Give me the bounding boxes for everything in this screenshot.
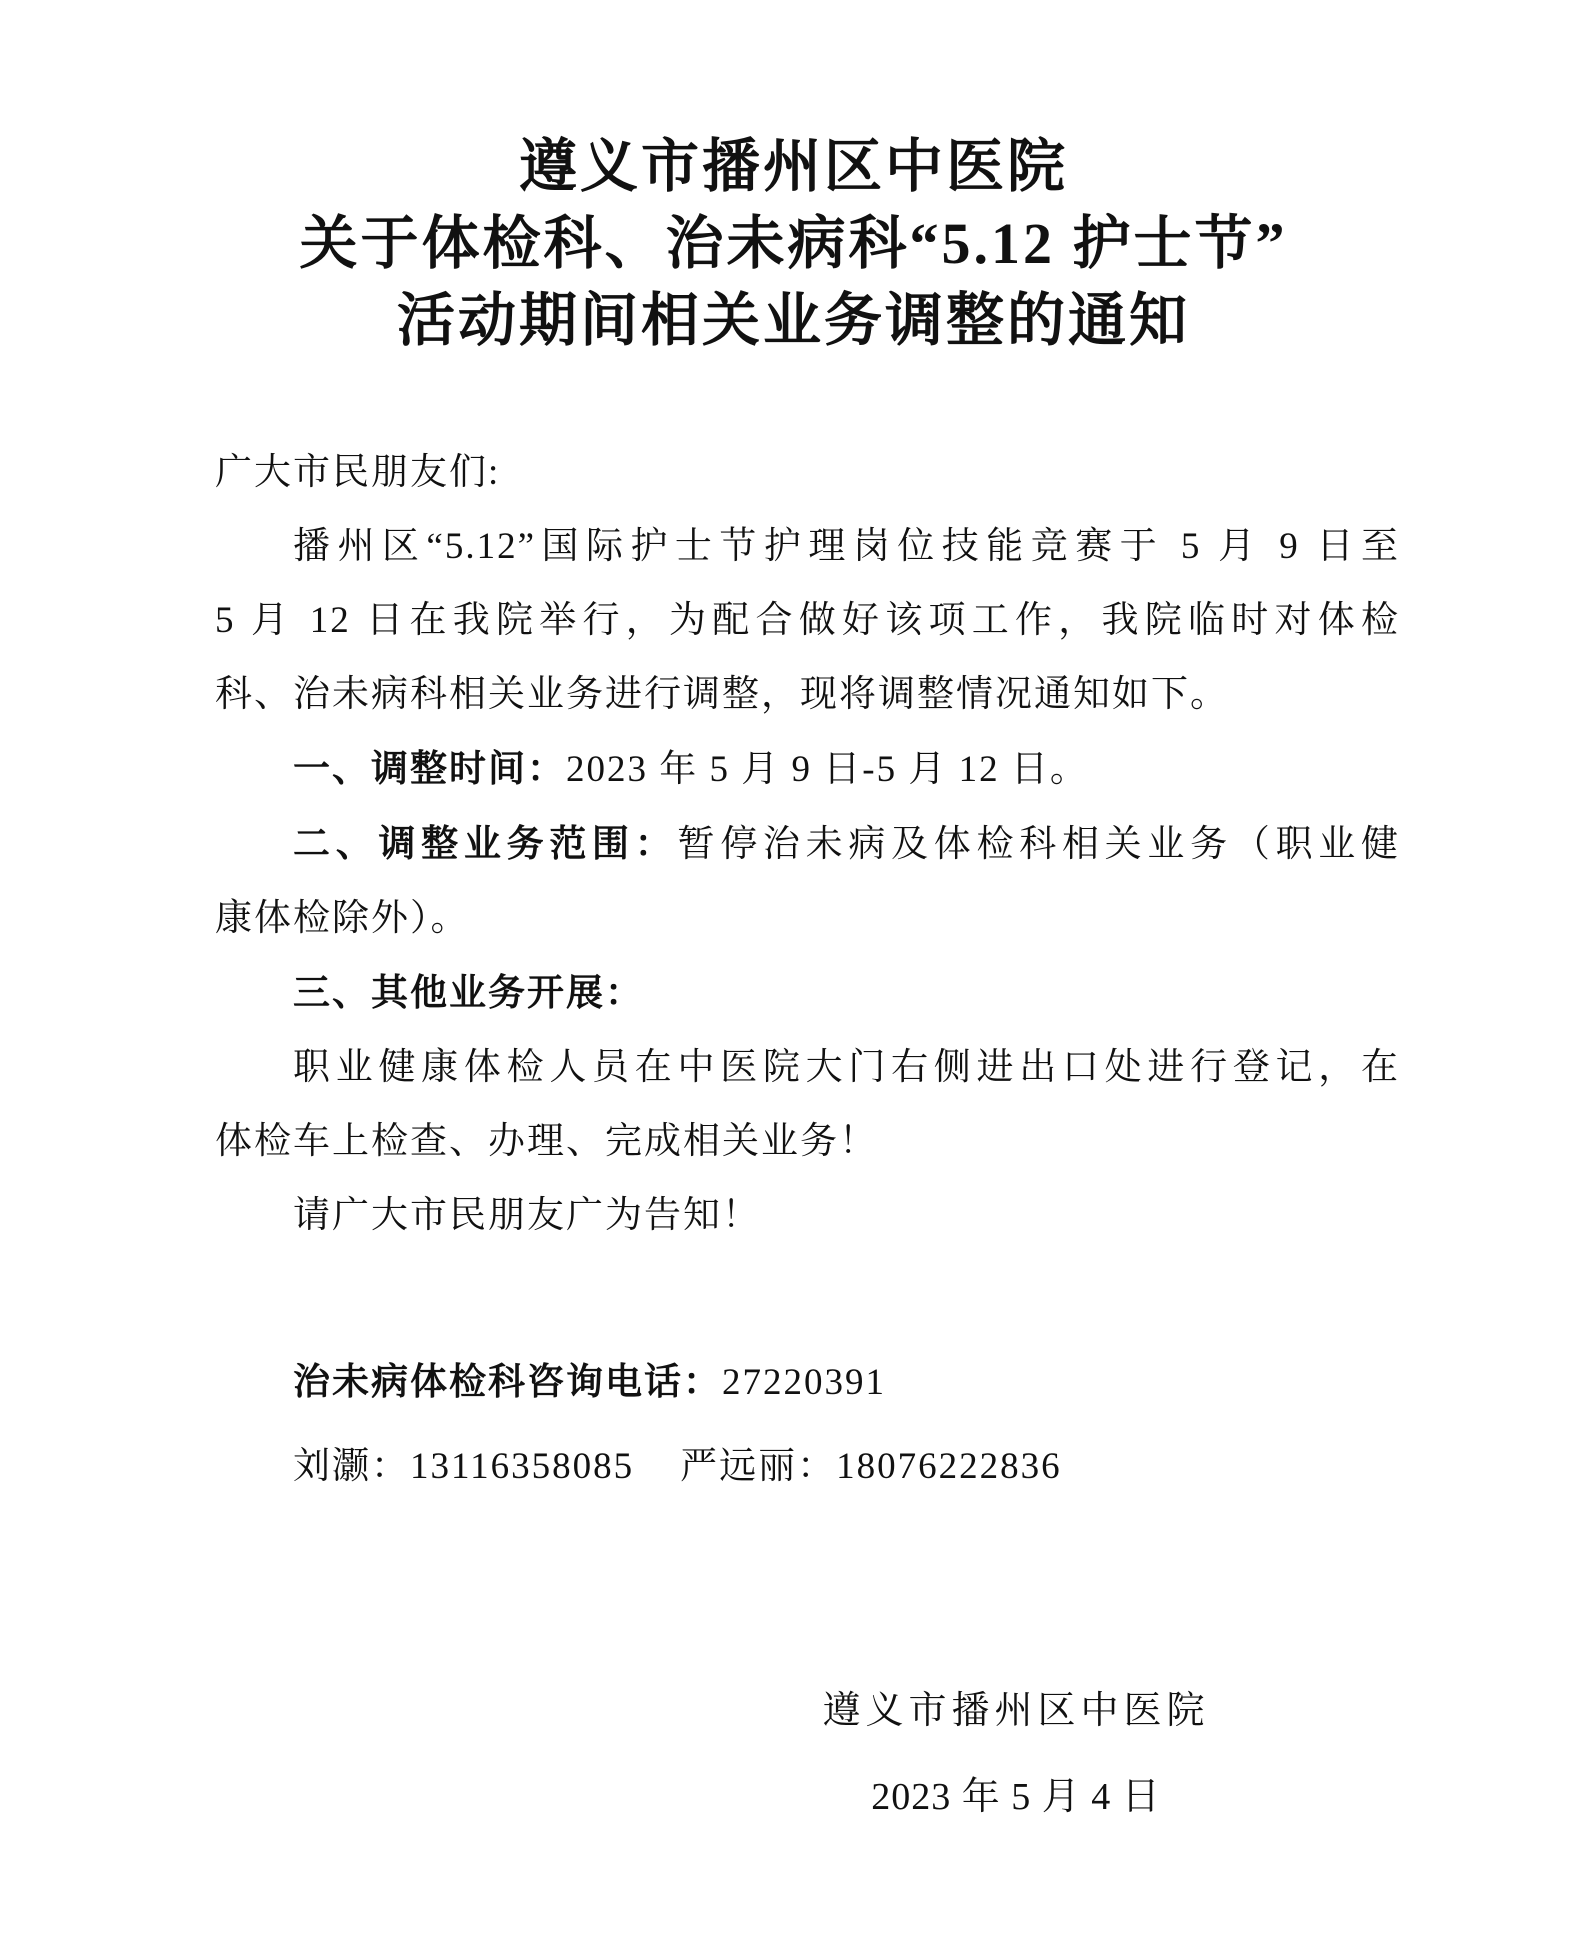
item3-other-business: 三、其他业务开展： (215, 956, 1400, 1031)
item3-label: 三、其他业务开展： (293, 972, 644, 1013)
contact-person2-phone: 18076222836 (836, 1446, 1062, 1487)
paragraph1-line1: 播州区“5.12”国际护士节护理岗位技能竞赛于 5 月 9 日至 (215, 510, 1400, 584)
item1-label: 一、调整时间： (293, 748, 566, 789)
item1-adjust-time: 一、调整时间：2023 年 5 月 9 日-5 月 12 日。 (215, 732, 1400, 807)
paragraph3-inform: 请广大市民朋友广为告知！ (215, 1179, 1400, 1253)
contact-person1-phone: 13116358085 (410, 1446, 634, 1487)
item2-text-line1: 暂停治未病及体检科相关业务（职业健 (677, 824, 1400, 865)
title-line-notice: 活动期间相关业务调整的通知 (0, 282, 1587, 359)
item2-label: 二、调整业务范围： (293, 823, 677, 864)
item1-text: 2023 年 5 月 9 日-5 月 12 日。 (566, 749, 1089, 790)
notice-page: 遵义市播州区中医院 关于体检科、治未病科“5.12 护士节” 活动期间相关业务调… (0, 0, 1587, 1954)
signature-section: 遵义市播州区中医院 2023 年 5 月 4 日 (818, 1668, 1214, 1840)
item2-text-line2: 康体检除外）。 (215, 882, 1400, 956)
contact-persons-line: 刘灏：13116358085严远丽：18076222836 (215, 1425, 1400, 1509)
signature-date: 2023 年 5 月 4 日 (818, 1754, 1214, 1840)
paragraph2-line2: 体检车上检查、办理、完成相关业务！ (215, 1105, 1400, 1179)
contact-section: 治未病体检科咨询电话：27220391 刘灏：13116358085严远丽：18… (215, 1340, 1400, 1509)
contact-hotline-label: 治未病体检科咨询电话： (293, 1361, 722, 1402)
salutation: 广大市民朋友们: (215, 436, 1400, 510)
title-line-subject: 关于体检科、治未病科“5.12 护士节” (0, 205, 1587, 282)
contact-hotline-line: 治未病体检科咨询电话：27220391 (215, 1340, 1400, 1425)
notice-body: 广大市民朋友们: 播州区“5.12”国际护士节护理岗位技能竞赛于 5 月 9 日… (215, 436, 1400, 1253)
contact-person2-name: 严远丽： (680, 1446, 836, 1487)
notice-title: 遵义市播州区中医院 关于体检科、治未病科“5.12 护士节” 活动期间相关业务调… (0, 128, 1587, 359)
paragraph1-line3: 科、治未病科相关业务进行调整，现将调整情况通知如下。 (215, 658, 1400, 732)
paragraph1-line2: 5 月 12 日在我院举行，为配合做好该项工作，我院临时对体检 (215, 584, 1400, 658)
contact-person1-name: 刘灏： (293, 1446, 410, 1487)
contact-hotline-number: 27220391 (722, 1362, 886, 1403)
paragraph2-line1: 职业健康体检人员在中医院大门右侧进出口处进行登记，在 (215, 1031, 1400, 1105)
item2-adjust-scope: 二、调整业务范围：暂停治未病及体检科相关业务（职业健 (215, 807, 1400, 882)
signature-organization: 遵义市播州区中医院 (818, 1668, 1214, 1754)
title-line-hospital: 遵义市播州区中医院 (0, 128, 1587, 205)
